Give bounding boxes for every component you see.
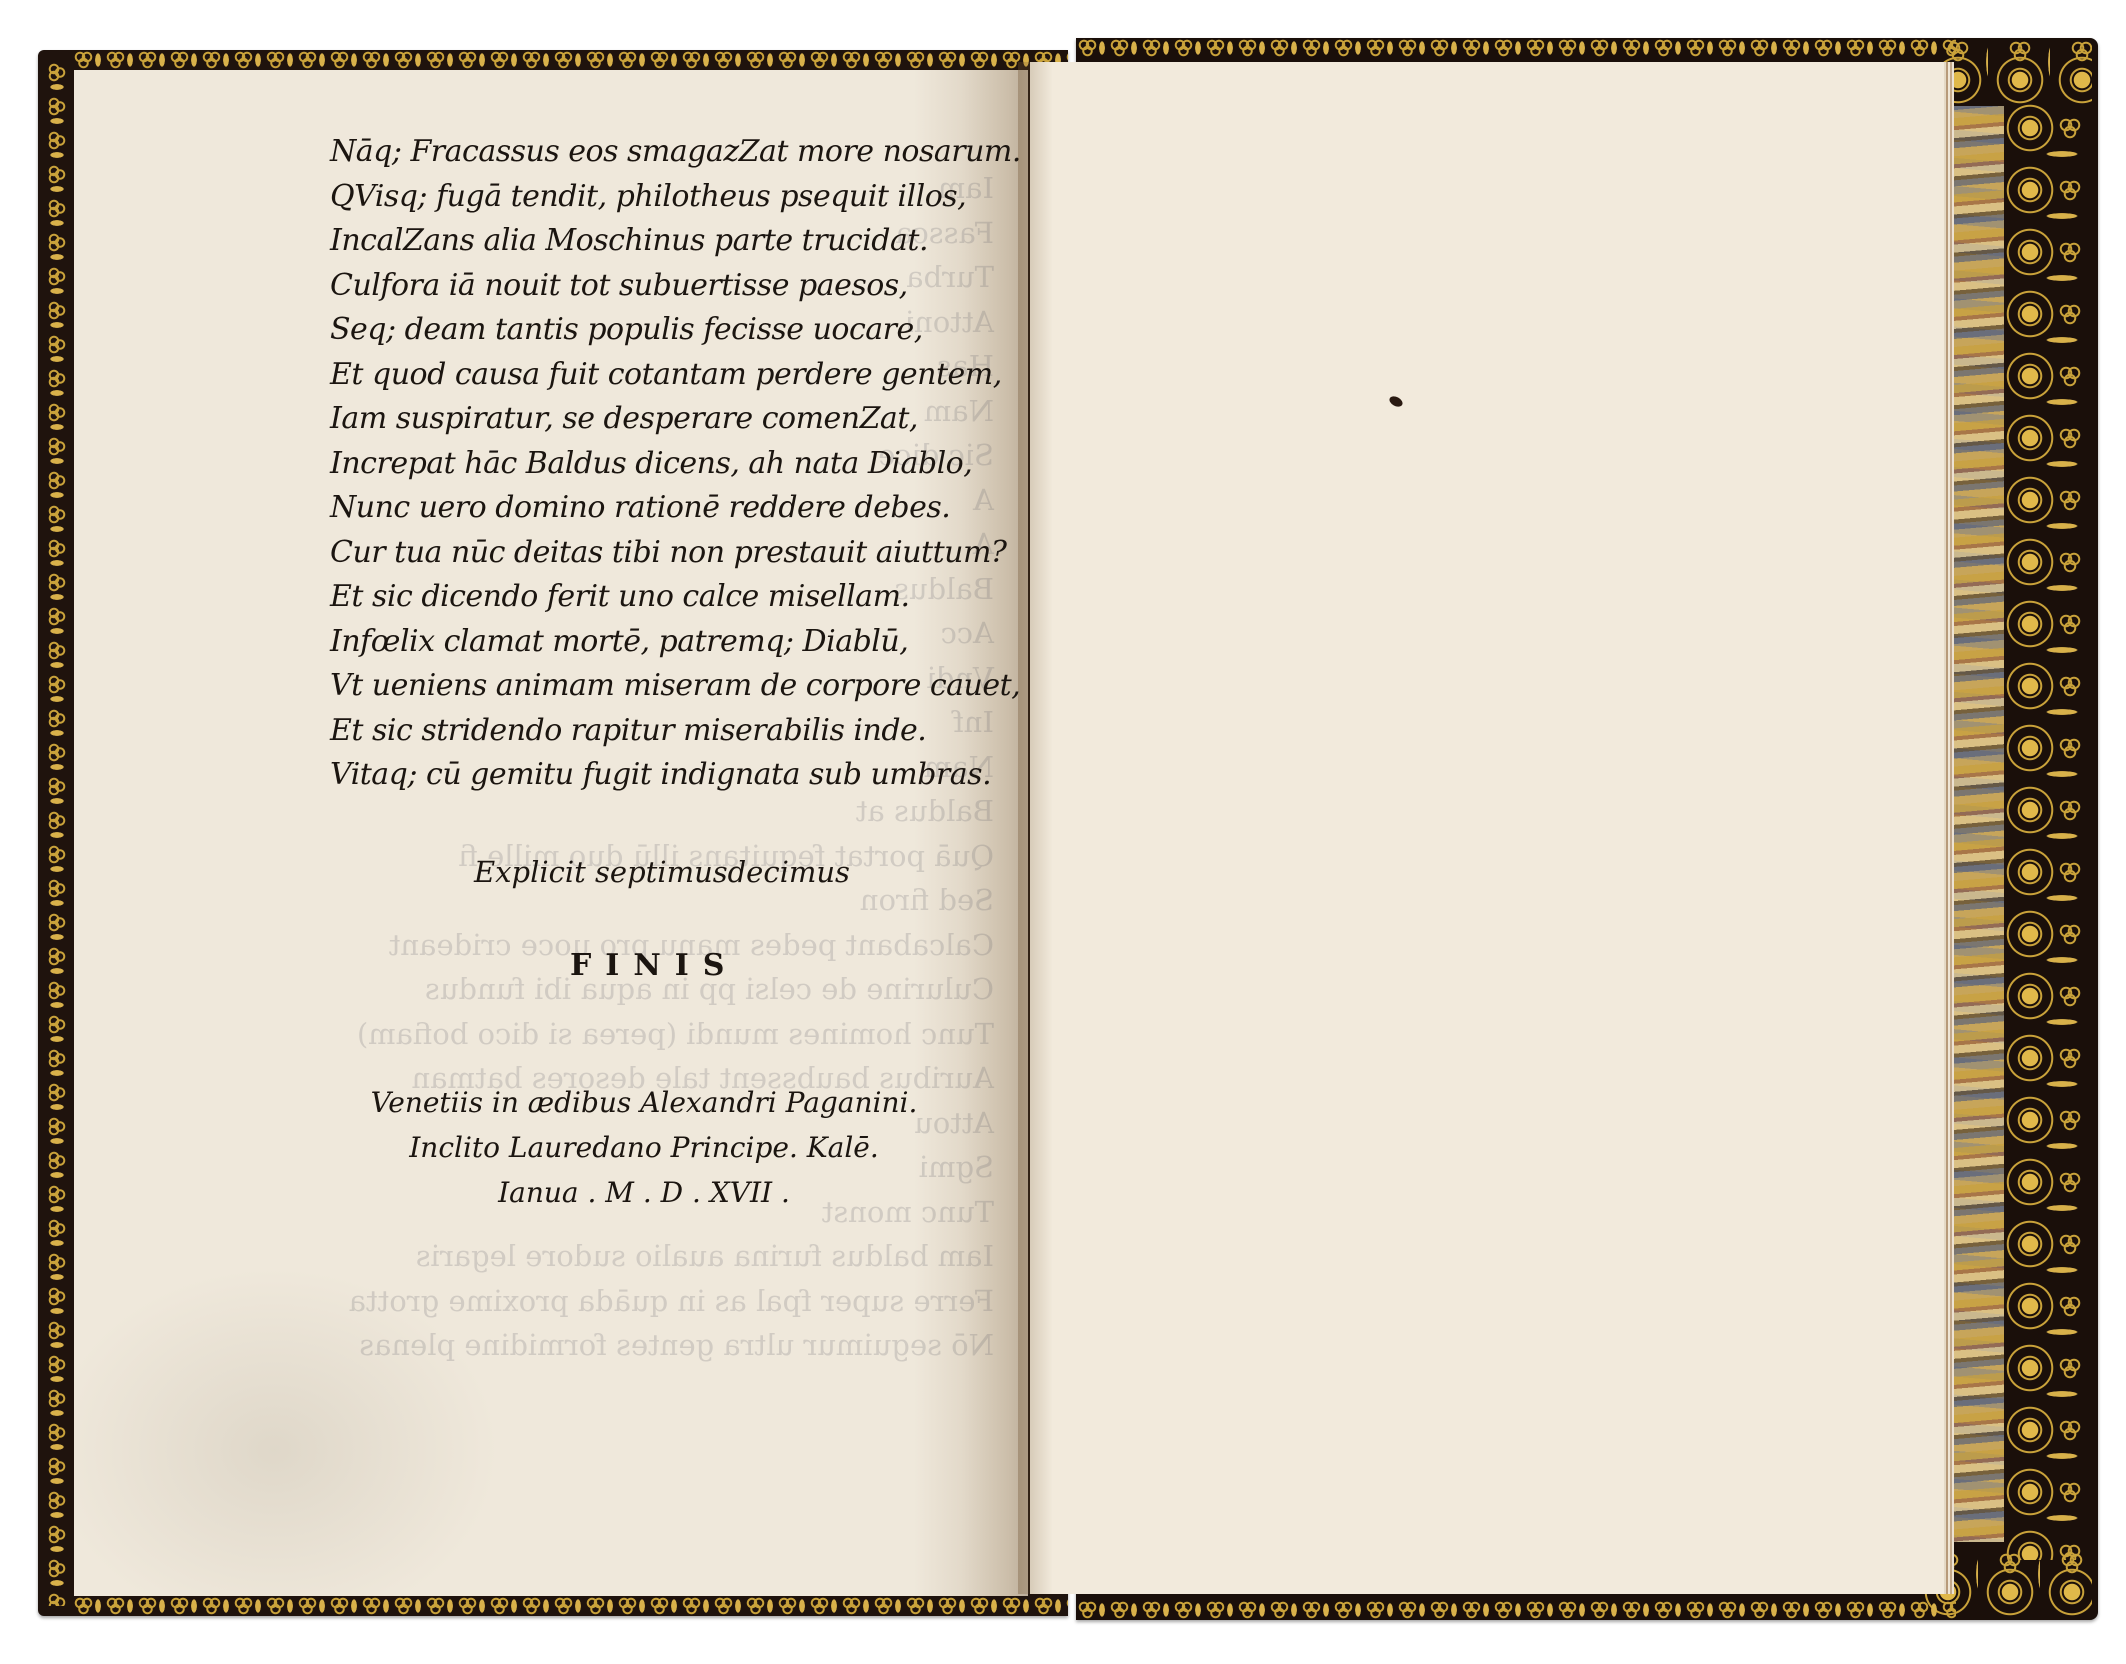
left-printed-page: Iam Fassca Turba Attoni Has Nam Sic dice… [74,70,1028,1596]
verse-line: Vt ueniens animam miseram de corpore cau… [330,664,1021,709]
verse-line: Nāq; Fracassus eos smagazZat more nosaru… [330,130,1021,175]
gilt-border-bottom-left [72,1596,1068,1616]
colophon-line: Inclito Lauredano Principe. Kalē. [364,1125,924,1170]
gilt-border-bottom-right [1076,1600,1956,1620]
verse-line: QVisq; fugā tendit, philotheus psequit i… [330,175,1021,220]
verse-line: IncalZans alia Moschinus parte trucidat. [330,219,1021,264]
verse-line: Culfora iā nouit tot subuertisse paesos, [330,264,1021,309]
ink-spot [1388,394,1405,409]
colophon-line: Venetiis in ædibus Alexandri Paganini. [364,1080,924,1125]
colophon: Venetiis in ædibus Alexandri Paganini. I… [364,1080,924,1215]
verse-line: Nunc uero domino rationē reddere debes. [330,486,1021,531]
colophon-line: Ianua . M . D . XVII . [364,1170,924,1215]
verse-line: Seq; deam tantis populis fecisse uocare, [330,308,1021,353]
rosette-border-right [2000,98,2090,1560]
verse-line: Et sic stridendo rapitur miserabilis ind… [330,709,1021,754]
gilt-border-left [46,60,68,1606]
verse-line: Et sic dicendo ferit uno calce misellam. [330,575,1021,620]
verse-line: Cur tua nūc deitas tibi non prestauit ai… [330,531,1021,576]
verse-line: Increpat hāc Baldus dicens, ah nata Diab… [330,442,1021,487]
verse-block: Nāq; Fracassus eos smagazZat more nosaru… [330,130,1021,798]
finis-heading: FINIS [570,948,738,983]
verse-line: Et quod causa fuit cotantam perdere gent… [330,353,1021,398]
verse-line: Vitaq; cū gemitu fugit indignata sub umb… [330,753,1021,798]
gilt-border-top-left [72,50,1068,70]
explicit-heading: Explicit septimusdecimus [474,855,850,889]
verse-line: Iam suspiratur, se desperare comenZat, [330,397,1021,442]
right-blank-page [1030,62,1944,1594]
gilt-border-top-right [1076,38,1956,58]
verse-line: Infœlix clamat mortē, patremq; Diablū, [330,620,1021,665]
